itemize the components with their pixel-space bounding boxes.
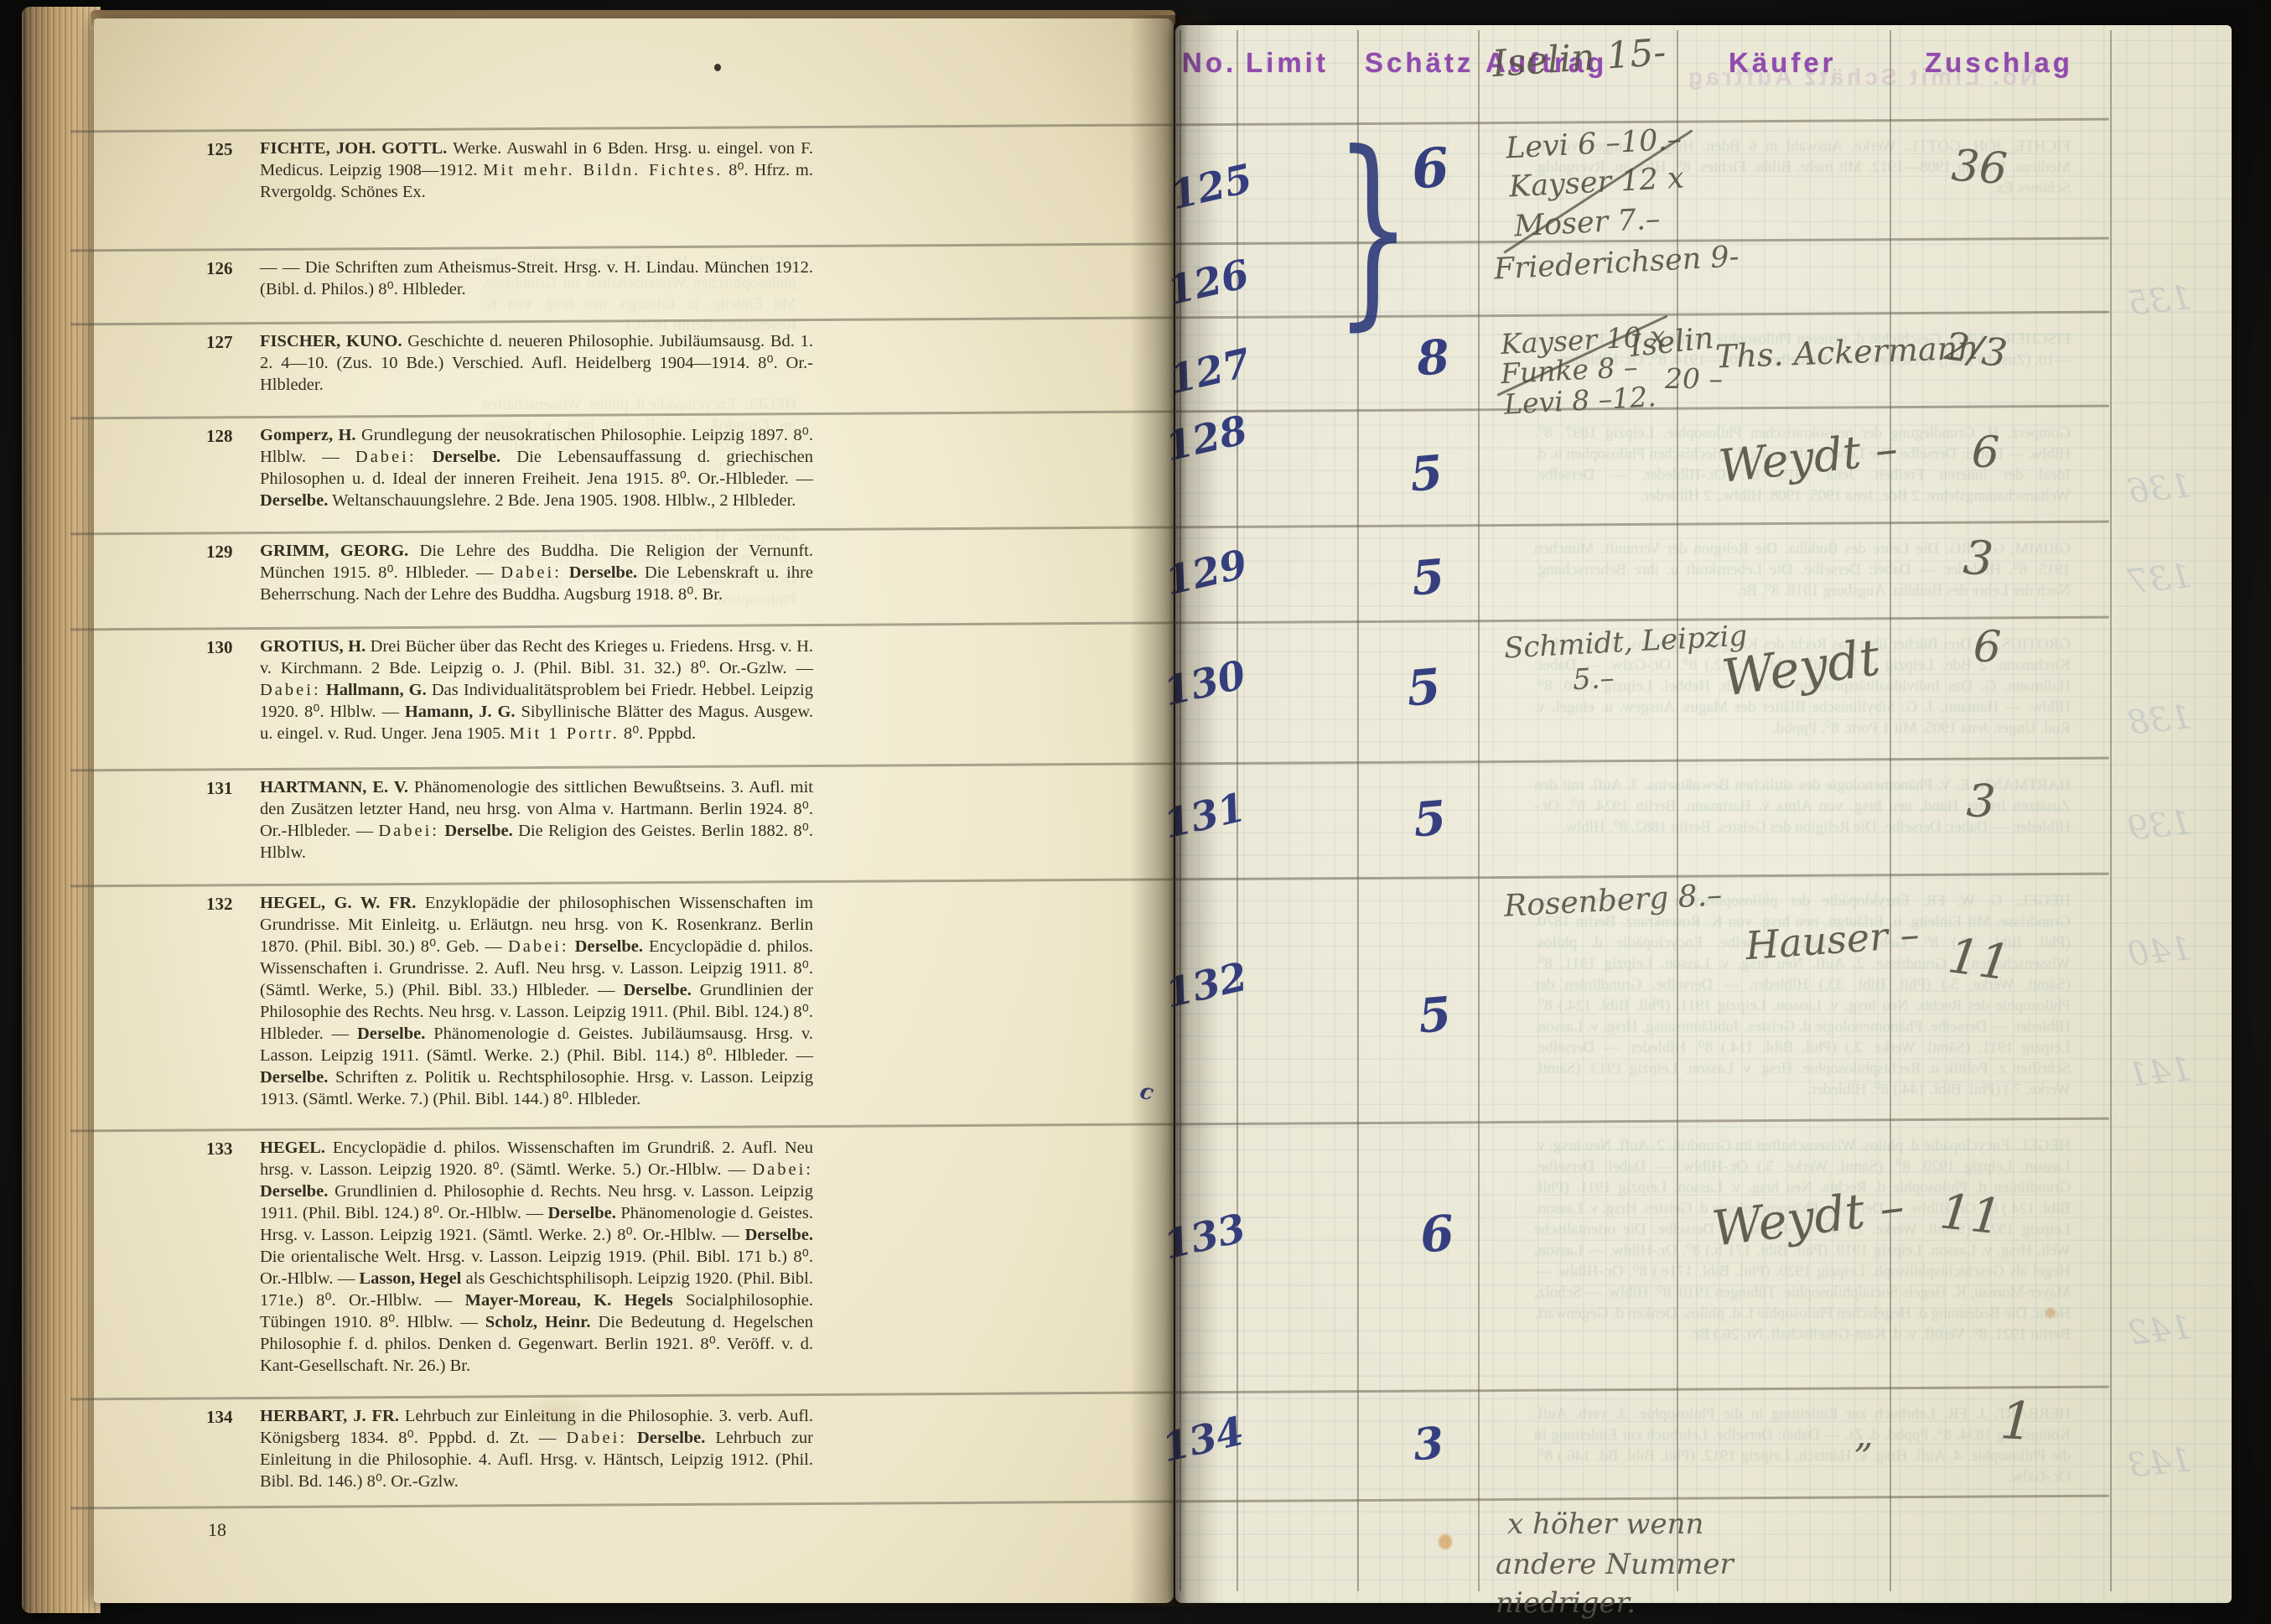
catalog-entry-text: HARTMANN, E. V. Phänomenologie des sittl… [260,776,813,864]
estimate-value: 5 [1409,548,1447,606]
catalog-entry-fragment: Derselbe. [260,491,328,510]
catalog-entry-fragment: FISCHER, KUNO. [260,332,402,350]
catalog-entry-fragment: Lasson, Hegel [359,1269,461,1288]
catalog-entry-fragment: FICHTE, JOH. GOTTL. [260,139,447,158]
hammer-price: 1 [1999,1389,2035,1452]
catalog-entry: 134HERBART, J. FR. Lehrbuch zur Einleitu… [206,1405,815,1492]
ink-dot [714,64,721,71]
catalog-entry-fragment: Dabei: [355,448,417,466]
stain [520,1392,595,1442]
buyer-name: „ [1854,1414,1874,1456]
catalog-entry-fragment: Derselbe. [260,1068,328,1087]
hammer-price: 6 [1971,427,2000,478]
stain [1439,1534,1452,1549]
catalog-entry: 129GRIMM, GEORG. Die Lehre des Buddha. D… [206,540,815,605]
lot-number-printed: 132 [206,894,255,915]
catalog-entry-text: GRIMM, GEORG. Die Lehre des Buddha. Die … [260,540,813,605]
catalog-entry-fragment: Hamann, J. G. [405,703,516,721]
estimate-value: 3 [1411,1418,1445,1471]
ghost-number: 136 [2126,466,2194,511]
lot-number-printed: 131 [206,778,255,799]
catalog-entry-fragment: Derselbe. [575,937,643,956]
catalog-entry-fragment: Dabei: [500,563,562,582]
estimate-value: 8 [1414,329,1452,387]
catalog-entry-fragment: Dabei: [752,1160,813,1179]
lot-number-printed: 126 [206,258,255,279]
catalog-entry: 130GROTIUS, H. Drei Bücher über das Rech… [206,636,815,745]
stain [2045,1308,2056,1318]
catalog-entry-fragment: Derselbe. [548,1204,616,1222]
estimate-value: 5 [1408,444,1445,502]
footnote-line: andere Nummer [1496,1548,1734,1581]
lot-number-printed: 127 [206,332,255,353]
hammer-price: 2/3 [1942,323,2010,376]
ghost-text: HERBART, J. FR. Lehrbuch zur Einleitung … [1534,1403,2071,1487]
footnote-line: x höher wenn [1507,1507,1703,1541]
catalog-entry-fragment: Derselbe. [433,448,500,466]
hammer-price: 11 [1945,926,2014,992]
catalog-entry-text: — — Die Schriften zum Atheismus-Streit. … [260,257,813,300]
lot-number-printed: 129 [206,542,255,563]
lot-number-printed: 125 [206,139,255,160]
catalog-entry-fragment: — — Die Schriften zum Atheismus-Streit. … [260,258,813,298]
page-number: 18 [208,1519,226,1541]
catalog-entry-fragment: Mayer-Moreau, K. Hegels [465,1291,673,1310]
catalog-entry-fragment: Derselbe. [444,822,512,840]
book-fore-edge [22,7,101,1613]
estimate-value: 6 [1418,1204,1456,1263]
catalog-entry-text: HEGEL. Encyclopädie d. philos. Wissensch… [260,1137,813,1377]
catalog-entry-fragment: Mit 1 Portr. [510,724,620,743]
lot-number-printed: 133 [206,1139,255,1160]
catalog-entry: 128Gomperz, H. Grundlegung der neusokrat… [206,424,815,511]
column-header-schätz: Schätz [1365,47,1474,79]
catalog-entry-fragment [627,1429,637,1447]
catalog-entry: 125FICHTE, JOH. GOTTL. Werke. Auswahl in… [206,137,815,203]
column-line [2110,30,2112,1591]
catalog-entry-fragment: Derselbe. [357,1025,425,1043]
column-header-limit: Limit [1246,47,1329,79]
catalog-entry: 133HEGEL. Encyclopädie d. philos. Wissen… [206,1137,815,1377]
catalog-entry-fragment: Mit mehr. Bildn. Fichtes. [483,161,723,179]
ghost-number: 139 [2126,803,2194,848]
catalog-entry-fragment: Dabei: [508,937,569,956]
ghost-column-headers: No. Limit Schätz Auftrag [1685,64,2037,91]
catalog-entry-fragment: HEGEL, G. W. FR. [260,894,416,912]
ghost-number: 135 [2126,278,2194,324]
hammer-price: 11 [1937,1182,2005,1245]
catalog-entry-fragment: Gomperz, H. [260,426,356,444]
hammer-price: 36 [1950,141,2009,195]
catalog-entry: 126— — Die Schriften zum Atheismus-Strei… [206,257,815,300]
lot-number-printed: 134 [206,1407,255,1428]
ghost-number: 143 [2126,1440,2194,1486]
bracket-brace: } [1335,126,1412,333]
hammer-price: 6 [1973,621,2002,672]
estimate-value: 5 [1404,657,1443,717]
catalog-entry-fragment: Scholz, Heinr. [485,1313,591,1331]
catalog-entry-fragment: HERBART, J. FR. [260,1407,399,1425]
catalog-entry-fragment: Derselbe. [637,1429,705,1447]
catalog-entry-fragment: Derselbe. [569,563,637,582]
catalog-entry-fragment: Weltanschauungslehre. 2 Bde. Jena 1905. … [328,491,796,510]
estimate-value: 6 [1409,136,1452,202]
catalog-entry-fragment [562,563,569,582]
catalog-entry-fragment: Dabei: [260,681,321,699]
catalog-entry-fragment: Derselbe. [260,1182,328,1201]
catalog-entry-fragment: Derselbe. [745,1226,813,1244]
footnote-line: niedriger. [1496,1586,1636,1620]
catalog-entry-fragment: Dabei: [378,822,439,840]
catalog-entry-fragment: Encyclopädie d. philos. Wissenschaften i… [260,1139,813,1179]
catalog-entry-fragment: GRIMM, GEORG. [260,542,408,560]
catalog-entry-fragment: HEGEL. [260,1139,325,1157]
catalog-entry-text: Gomperz, H. Grundlegung der neusokratisc… [260,424,813,511]
ghost-number: 142 [2126,1308,2194,1353]
book-scan: FICHTE, JOH. GOTTL. Werke. Auswahl in 6 … [0,0,2271,1624]
catalog-entry-fragment: 8⁰. Pppbd. [620,724,696,743]
bid-note: 20 – [1665,362,1723,395]
catalog-entry: 131HARTMANN, E. V. Phänomenologie des si… [206,776,815,864]
ghost-number: 140 [2126,929,2194,974]
column-line [1890,30,1891,1591]
bid-note: 5.– [1572,662,1615,698]
catalog-entry: 132HEGEL, G. W. FR. Enzyklopädie der phi… [206,892,815,1110]
catalog-entry-fragment: Schriften z. Politik u. Rechtsphilosophi… [260,1068,813,1108]
estimate-value: 5 [1416,986,1454,1044]
catalog-entry: 127FISCHER, KUNO. Geschichte d. neueren … [206,330,815,396]
catalog-entry-fragment: GROTIUS, H. [260,637,366,656]
ghost-number: 137 [2126,557,2194,602]
catalog-entry-fragment: Hallmann, G. [326,681,427,699]
catalog-entry-fragment: HARTMANN, E. V. [260,778,408,796]
hammer-price: 3 [1965,774,1997,828]
column-header-no: No. [1182,47,1237,79]
column-line [1478,30,1480,1591]
catalog-entry-text: FICHTE, JOH. GOTTL. Werke. Auswahl in 6 … [260,137,813,203]
ghost-number: 141 [2126,1050,2194,1095]
lot-number-printed: 130 [206,637,255,658]
catalog-entry-fragment [417,448,433,466]
ghost-number: 138 [2126,698,2194,743]
catalog-entry-text: GROTIUS, H. Drei Bücher über das Recht d… [260,636,813,745]
catalog-entry-fragment: Derselbe. [623,981,691,999]
hammer-price: 3 [1962,531,1995,587]
catalog-entry-text: HEGEL, G. W. FR. Enzyklopädie der philos… [260,892,813,1110]
catalog-entry-fragment [569,937,575,956]
estimate-value: 5 [1411,790,1449,848]
catalog-entry-text: FISCHER, KUNO. Geschichte d. neueren Phi… [260,330,813,396]
lot-number-printed: 128 [206,426,255,447]
